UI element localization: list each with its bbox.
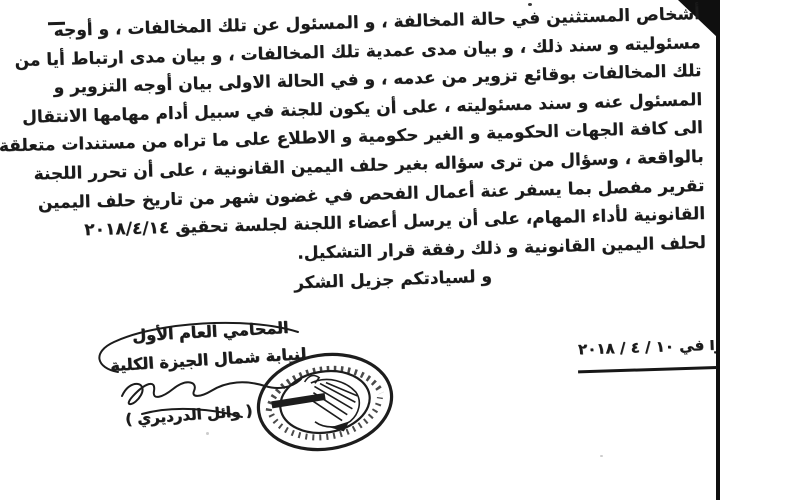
date-note: تحريراً في ١٠ / ٤ / ٢٠١٨ — [561, 340, 716, 359]
scan-speck — [600, 455, 603, 457]
eagle-emblem — [268, 369, 363, 442]
closing-line: و لسيادتكم جزيل الشكر — [294, 267, 493, 294]
scan-speck — [206, 432, 209, 435]
official-stamp — [244, 342, 406, 462]
letter-body: أشخاص المستثنين في حالة المخالفة ، و الم… — [88, 0, 707, 273]
scan-edge-line — [716, 0, 720, 500]
scanned-letter-page: { "page": { "background": "#ffffff", "in… — [0, 0, 800, 500]
